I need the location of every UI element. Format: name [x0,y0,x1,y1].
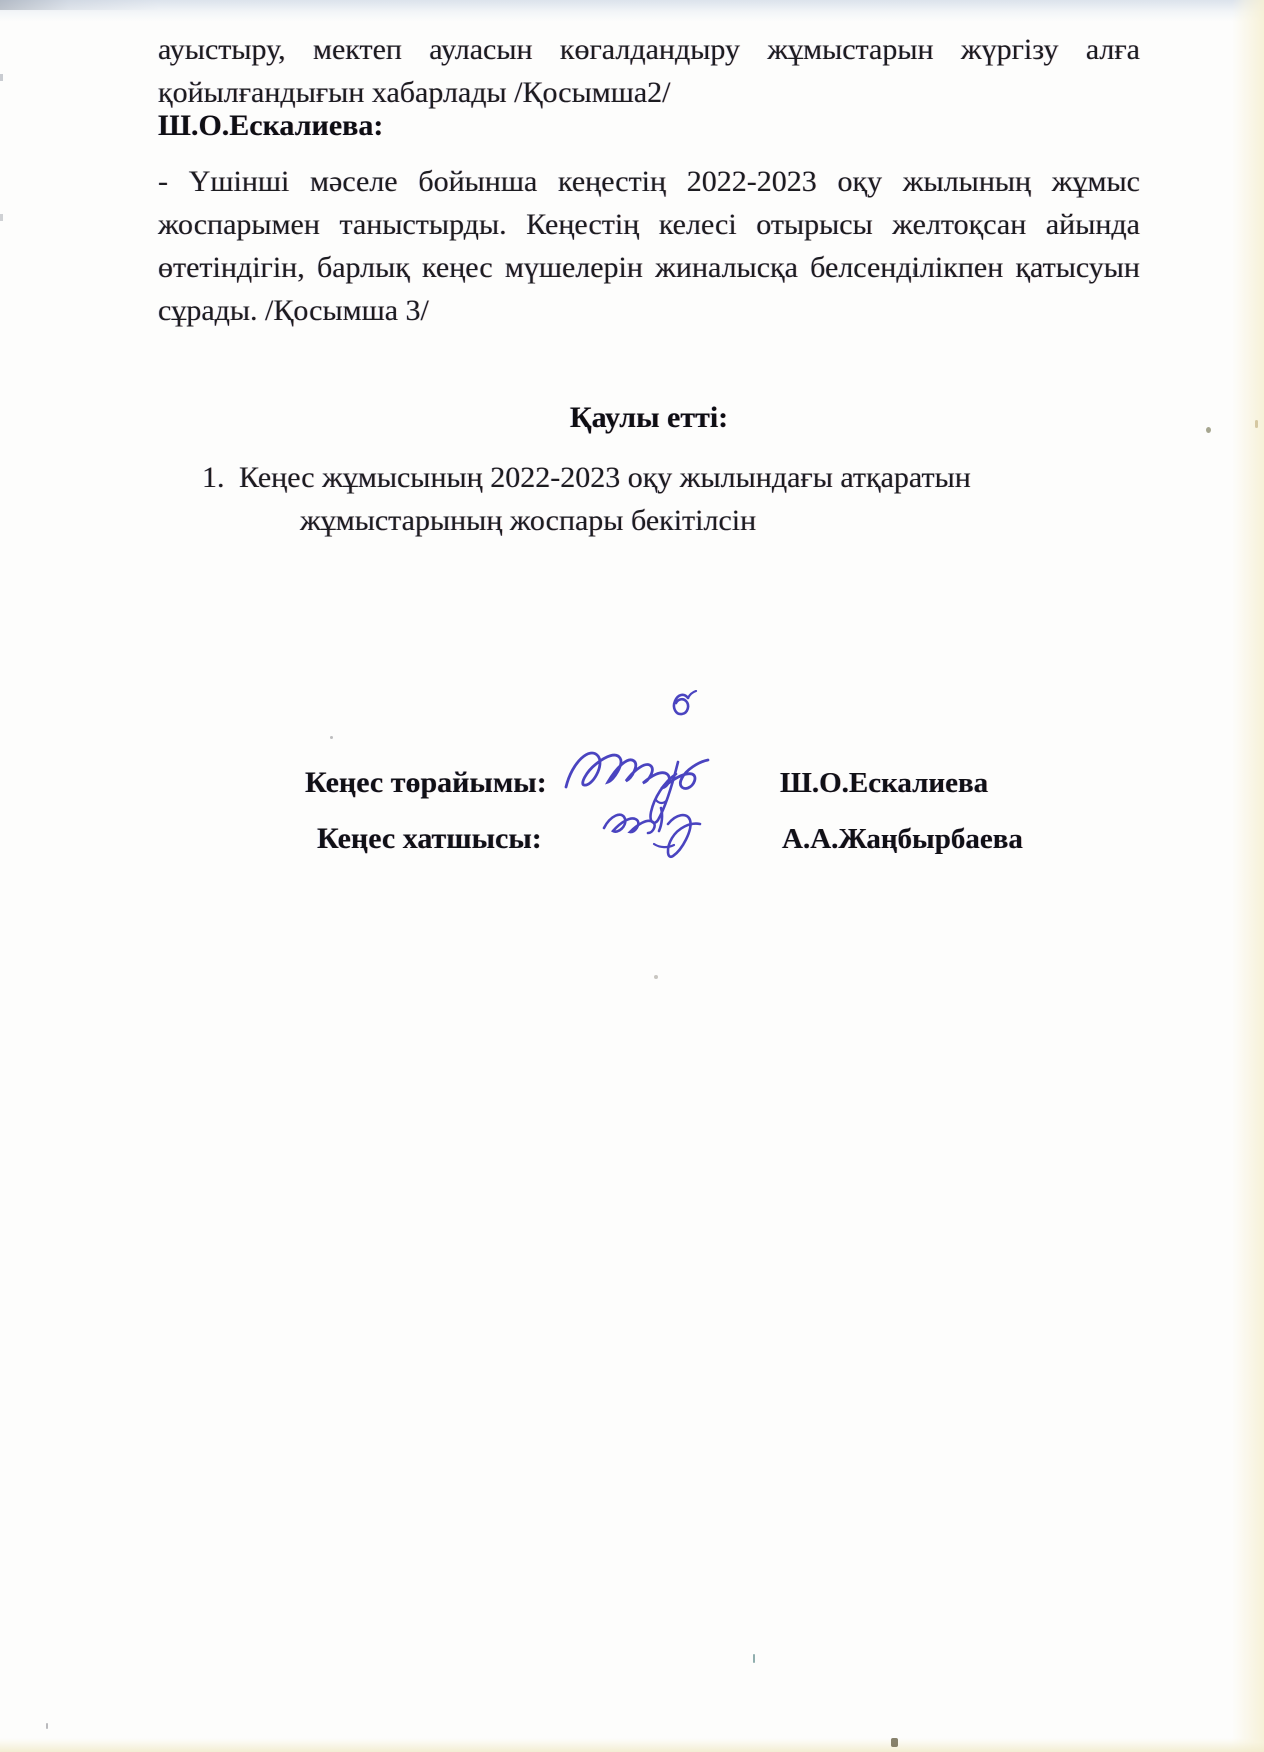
scan-speck [46,1723,48,1729]
scanned-document-page: ауыстыру, мектеп ауласын көгалдандыру жұ… [0,0,1264,1752]
scan-speck [330,736,333,739]
scan-speck [891,1738,898,1747]
text-line: өтетіндігін, барлық кеңес мүшелерін жина… [158,246,1140,289]
list-text: Кеңес жұмысының 2022-2023 оқу жылындағы … [239,461,971,494]
scan-speck [0,214,3,221]
text-line: сұрады. /Қосымша 3/ [158,289,1140,332]
decision-heading: Қаулы етті: [158,396,1140,439]
scan-edge-bottom [0,1738,1264,1752]
secretary-name: А.А.Жаңбырбаева [782,823,1023,856]
paragraph-intro: ауыстыру, мектеп ауласын көгалдандыру жұ… [158,28,1140,114]
chair-label: Кеңес төрайымы: [305,766,547,800]
secretary-signature-icon [598,786,713,866]
scan-edge-top-left [0,0,230,10]
speaker-heading: Ш.О.Ескалиева: [158,104,383,147]
scan-edge-right [1232,0,1264,1752]
list-text: жұмыстарының жоспары бекітілсін [300,499,1102,542]
scan-speck [1206,427,1211,433]
scan-speck [654,975,658,979]
text-line: ауыстыру, мектеп ауласын көгалдандыру жұ… [158,28,1140,71]
chair-name: Ш.О.Ескалиева [780,767,988,800]
text-line: - Үшінші мәселе бойынша кеңестің 2022-20… [158,160,1140,203]
list-number: 1. [202,456,239,499]
scan-edge-top [0,0,1264,22]
secretary-label: Кеңес хатшысы: [317,822,542,856]
scan-speck [1255,420,1258,428]
scan-speck [753,1654,755,1663]
list-item: 1.Кеңес жұмысының 2022-2023 оқу жылындағ… [202,456,1102,499]
decision-list: 1.Кеңес жұмысының 2022-2023 оқу жылындағ… [202,456,1102,542]
scan-speck [0,74,3,81]
text-line: жоспарымен таныстырды. Кеңестің келесі о… [158,203,1140,246]
paragraph-third-issue: - Үшінші мәселе бойынша кеңестің 2022-20… [158,160,1140,332]
